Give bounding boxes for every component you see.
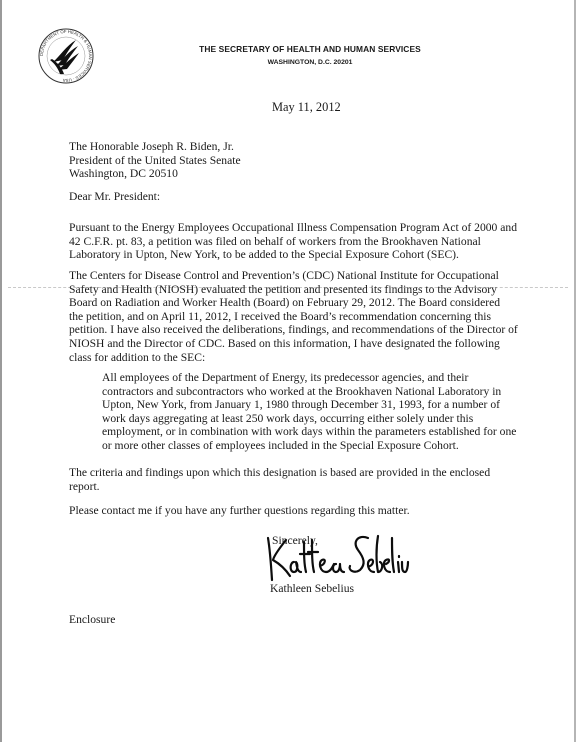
signer-name: Kathleen Sebelius — [270, 582, 354, 595]
paragraph-line: Board on Radiation and Worker Health (Bo… — [69, 296, 518, 310]
paragraph-line: class for addition to the SEC: — [69, 351, 518, 365]
paragraph-4: The criteria and findings upon which thi… — [69, 466, 490, 493]
recipient-block: The Honorable Joseph R. Biden, Jr. Presi… — [69, 140, 241, 181]
paragraph-line: Safety and Health (NIOSH) evaluated the … — [69, 283, 518, 297]
paragraph-line: contractors and subcontractors who worke… — [102, 385, 516, 399]
sec-class-definition: All employees of the Department of Energ… — [102, 371, 516, 453]
letterhead-address: WASHINGTON, D.C. 20201 — [2, 59, 576, 66]
paragraph-5: Please contact me if you have any furthe… — [69, 504, 410, 518]
salutation: Dear Mr. President: — [69, 190, 160, 204]
paragraph-line: petition. I have also received the delib… — [69, 323, 518, 337]
letter-date: May 11, 2012 — [272, 100, 341, 115]
paragraph-line: employment, or in combination with work … — [102, 425, 516, 439]
paragraph-line: Please contact me if you have any furthe… — [69, 504, 410, 518]
handwritten-signature-icon — [260, 528, 410, 586]
paragraph-line: NIOSH and the Director of CDC. Based on … — [69, 337, 518, 351]
paragraph-line: report. — [69, 480, 490, 494]
paragraph-line: Pursuant to the Energy Employees Occupat… — [69, 221, 517, 235]
paragraph-line: The criteria and findings upon which thi… — [69, 466, 490, 480]
recipient-line: Washington, DC 20510 — [69, 167, 241, 181]
recipient-line: President of the United States Senate — [69, 154, 241, 168]
paragraph-line: the petition, and on April 11, 2012, I r… — [69, 310, 518, 324]
enclosure-note: Enclosure — [69, 613, 115, 627]
paragraph-line: or more other classes of employees inclu… — [102, 439, 516, 453]
paragraph-line: The Centers for Disease Control and Prev… — [69, 269, 518, 283]
paragraph-line: All employees of the Department of Energ… — [102, 371, 516, 385]
paragraph-line: 42 C.F.R. pt. 83, a petition was filed o… — [69, 235, 517, 249]
recipient-line: The Honorable Joseph R. Biden, Jr. — [69, 140, 241, 154]
paragraph-line: work days aggregating at least 250 work … — [102, 412, 516, 426]
paragraph-line: Laboratory in Upton, New York, to be add… — [69, 248, 517, 262]
hhs-eagle-seal-icon: DEPARTMENT OF HEALTH & HUMAN SERVICES · … — [36, 16, 96, 96]
letter-page: DEPARTMENT OF HEALTH & HUMAN SERVICES · … — [0, 0, 576, 742]
paragraph-line: Upton, New York, from January 1, 1980 th… — [102, 398, 516, 412]
paragraph-2: The Centers for Disease Control and Prev… — [69, 269, 518, 364]
paragraph-1: Pursuant to the Energy Employees Occupat… — [69, 221, 517, 262]
letterhead-title: THE SECRETARY OF HEALTH AND HUMAN SERVIC… — [2, 44, 576, 54]
